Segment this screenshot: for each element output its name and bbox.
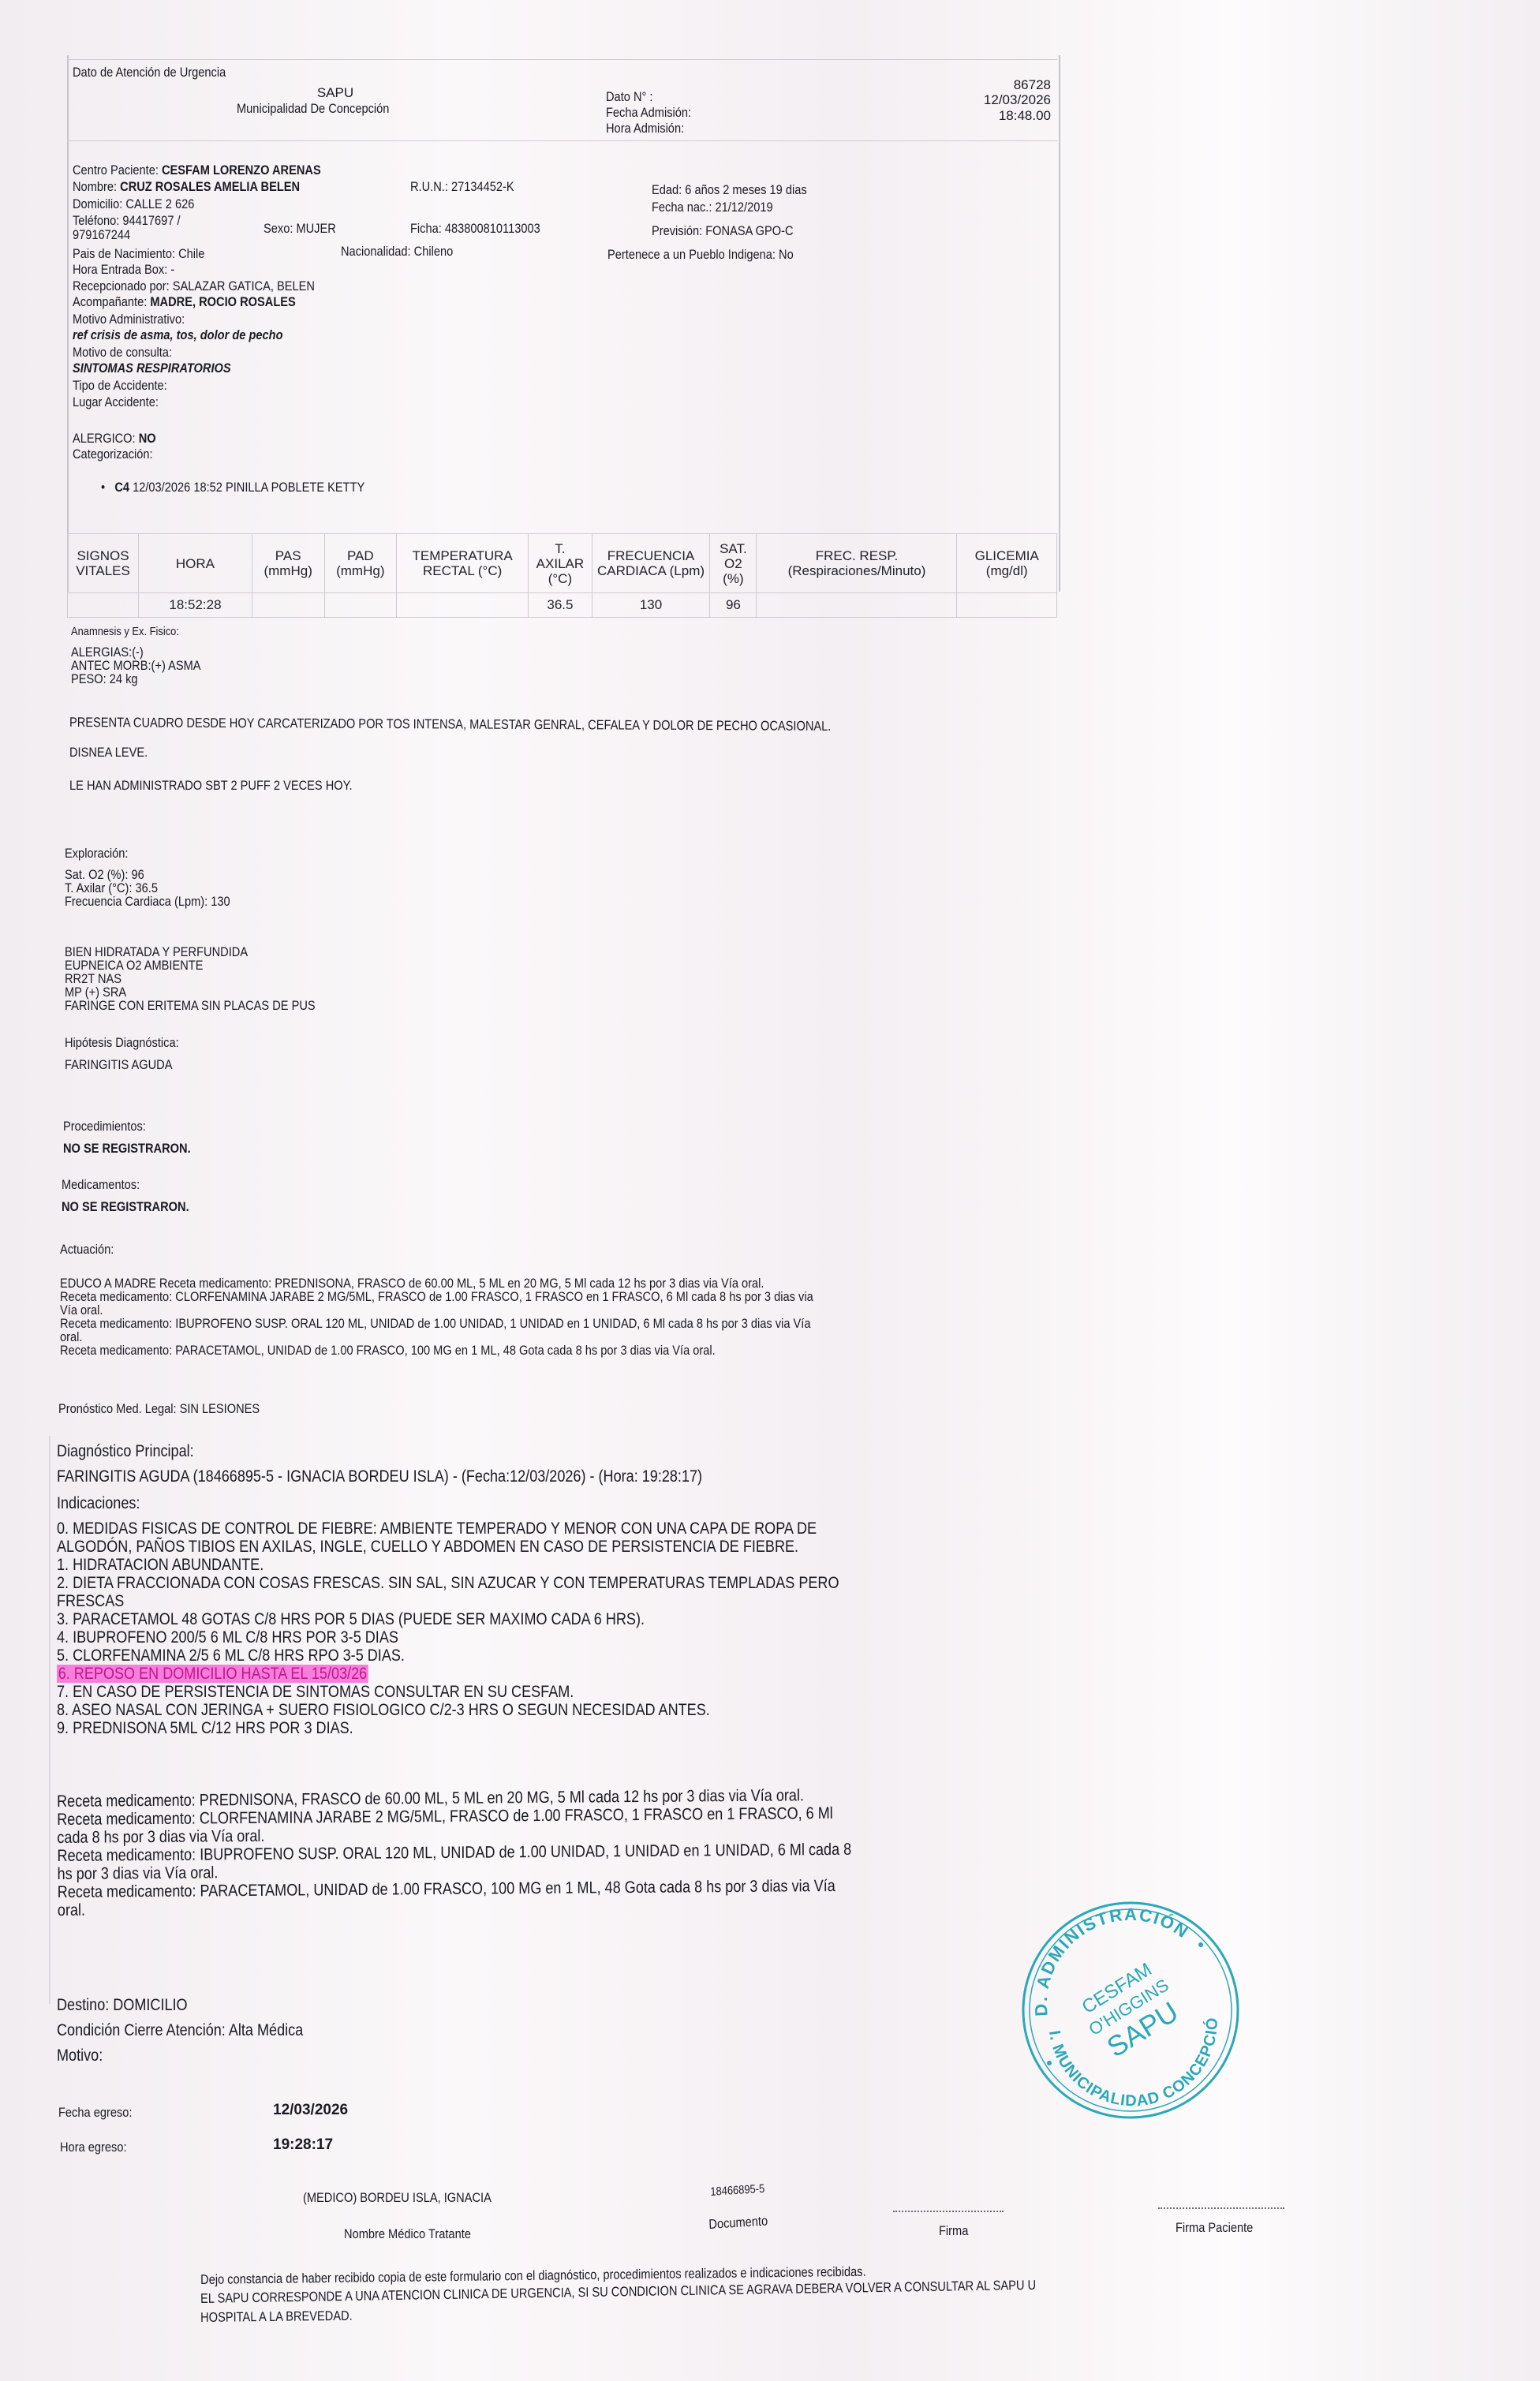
firma-paciente-label: Firma Paciente — [1176, 2220, 1253, 2236]
vitals-value-cell: 36.5 — [529, 593, 592, 618]
motivo-administrativo-label: Motivo Administrativo: — [73, 312, 185, 327]
dato-label: Dato N° : — [606, 89, 652, 105]
patient-prevision: Previsión: FONASA GPO-C — [652, 223, 794, 239]
procedimientos-label: Procedimientos: — [63, 1119, 146, 1134]
indicacion-item: 9. PREDNISONA 5ML C/12 HRS POR 3 DIAS. — [57, 1719, 839, 1737]
anamnesis-disnea: DISNEA LEVE. — [69, 745, 148, 761]
anamnesis-label: Anamnesis y Ex. Fisico: — [71, 625, 179, 638]
indicaciones-list: 0. MEDIDAS FISICAS DE CONTROL DE FIEBRE:… — [57, 1519, 839, 1737]
actuacion-label: Actuación: — [60, 1242, 114, 1258]
vital-signs-value-row: 18:52:28 36.5 130 96 — [68, 593, 1057, 618]
cesfam-stamp: D. ADMINISTRACIÓN I. MUNICIPALIDAD CONCE… — [1018, 1897, 1243, 2122]
vitals-header-cell: FREC. RESP. (Respiraciones/Minuto) — [757, 534, 957, 593]
procedimientos-value: NO SE REGISTRARON. — [63, 1141, 191, 1157]
vitals-header-cell: SIGNOS VITALES — [68, 534, 139, 593]
patient-run: R.U.N.: 27134452-K — [410, 179, 514, 195]
motivo-administrativo-value: ref crisis de asma, tos, dolor de pecho — [73, 327, 283, 343]
actuacion-line: Vía oral. — [60, 1303, 813, 1317]
motivo-consulta-value: SINTOMAS RESPIRATORIOS — [73, 361, 231, 376]
fecha-admision-value: 12/03/2026 — [962, 92, 1051, 108]
anamnesis-presenta: PRESENTA CUADRO DESDE HOY CARCATERIZADO … — [69, 715, 831, 734]
hipotesis-label: Hipótesis Diagnóstica: — [65, 1035, 179, 1051]
document-title: Dato de Atención de Urgencia — [73, 65, 226, 80]
vitals-value-cell — [957, 593, 1057, 618]
documento-value: 18466895-5 — [710, 2182, 765, 2199]
exploracion-findings: BIEN HIDRATADA Y PERFUNDIDA EUPNEICA O2 … — [65, 945, 316, 1012]
indicacion-item: 2. DIETA FRACCIONADA CON COSAS FRESCAS. … — [57, 1574, 839, 1592]
firma-paciente-line — [1158, 2207, 1284, 2209]
vitals-value-cell: 18:52:28 — [139, 593, 252, 618]
anamnesis-line: PESO: 24 kg — [71, 672, 201, 686]
medico-label: Nombre Médico Tratante — [344, 2226, 471, 2242]
exploracion-line: T. Axilar (°C): 36.5 — [65, 881, 230, 895]
actuacion-line: Receta medicamento: IBUPROFENO SUSP. ORA… — [60, 1317, 813, 1330]
patient-address: Domicilio: CALLE 2 626 — [73, 196, 194, 212]
finding-line: BIEN HIDRATADA Y PERFUNDIDA — [65, 945, 316, 959]
patient-phone-2: 979167244 — [73, 227, 130, 243]
finding-line: RR2T NAS — [65, 972, 316, 985]
documento-label: Documento — [708, 2213, 768, 2233]
acompanante: Acompañante: MADRE, ROCIO ROSALES — [73, 294, 296, 310]
patient-name: Nombre: CRUZ ROSALES AMELIA BELEN — [73, 179, 300, 195]
indicacion-item: 7. EN CASO DE PERSISTENCIA DE SINTOMAS C… — [57, 1683, 839, 1701]
hora-entrada-box: Hora Entrada Box: - — [73, 262, 174, 278]
alergico-value: NO — [139, 431, 156, 446]
recetas-list: Receta medicamento: PREDNISONA, FRASCO d… — [57, 1786, 852, 1919]
destino: Destino: DOMICILIO — [57, 1996, 188, 2015]
indicacion-item: 1. HIDRATACION ABUNDANTE. — [57, 1556, 839, 1574]
vitals-value-cell — [397, 593, 529, 618]
finding-line: FARINGE CON ERITEMA SIN PLACAS DE PUS — [65, 999, 316, 1012]
vital-signs-header-row: SIGNOS VITALES HORA PAS (mmHg) PAD (mmHg… — [68, 534, 1057, 593]
divider — [67, 140, 1057, 141]
footer-warning-2: HOSPITAL A LA BREVEDAD. — [200, 2308, 353, 2326]
urgency-care-record: Dato de Atención de Urgencia SAPU Munici… — [0, 0, 1540, 2381]
categorizacion-item: • C4 12/03/2026 18:52 PINILLA POBLETE KE… — [101, 480, 364, 495]
vitals-value-cell — [757, 593, 957, 618]
patient-birthdate: Fecha nac.: 21/12/2019 — [652, 200, 773, 215]
dato-number: 86728 — [962, 77, 1051, 93]
hipotesis-value: FARINGITIS AGUDA — [65, 1057, 172, 1073]
actuacion-line: oral. — [60, 1330, 813, 1344]
indicacion-item: 0. MEDIDAS FISICAS DE CONTROL DE FIEBRE:… — [57, 1519, 839, 1538]
indicacion-item: ALGODÓN, PAÑOS TIBIOS EN AXILAS, INGLE, … — [57, 1538, 839, 1556]
lugar-accidente: Lugar Accidente: — [73, 394, 159, 410]
finding-line: MP (+) SRA — [65, 985, 316, 999]
actuacion-line: EDUCO A MADRE Receta medicamento: PREDNI… — [60, 1276, 813, 1290]
vitals-header-cell: HORA — [139, 534, 252, 593]
anamnesis-administrado: LE HAN ADMINISTRADO SBT 2 PUFF 2 VECES H… — [69, 778, 353, 794]
vitals-header-cell: PAD (mmHg) — [324, 534, 397, 593]
motivo-consulta-label: Motivo de consulta: — [73, 345, 172, 361]
vital-signs-table: SIGNOS VITALES HORA PAS (mmHg) PAD (mmHg… — [67, 533, 1057, 618]
margin-rule — [49, 1436, 50, 2004]
org-subtitle: Municipalidad De Concepción — [237, 101, 389, 117]
divider — [67, 59, 1057, 60]
vitals-value-cell: 96 — [710, 593, 757, 618]
actuacion-lines: EDUCO A MADRE Receta medicamento: PREDNI… — [60, 1276, 813, 1357]
vitals-value-cell — [68, 593, 139, 618]
alergico: ALERGICO: NO — [73, 431, 156, 447]
categorizacion-label: Categorización: — [73, 447, 153, 462]
firma-label: Firma — [939, 2223, 968, 2239]
centro-paciente: Centro Paciente: CESFAM LORENZO ARENAS — [73, 163, 321, 178]
patient-phone: Teléfono: 94417697 / — [73, 213, 181, 229]
exploracion-line: Sat. O2 (%): 96 — [65, 868, 230, 881]
vitals-value-cell — [252, 593, 324, 618]
vitals-header-cell: FRECUENCIA CARDIACA (Lpm) — [592, 534, 710, 593]
vitals-header-cell: PAS (mmHg) — [252, 534, 324, 593]
patient-ficha: Ficha: 483800810113003 — [410, 221, 540, 237]
firma-line — [893, 2211, 1004, 2212]
hora-egreso-value: 19:28:17 — [273, 2136, 333, 2154]
medicamentos-value: NO SE REGISTRARON. — [62, 1199, 189, 1215]
anamnesis-lines: ALERGIAS:(-) ANTEC MORB:(+) ASMA PESO: 2… — [71, 645, 201, 686]
hora-egreso-label: Hora egreso: — [60, 2140, 127, 2155]
indicacion-item: 3. PARACETAMOL 48 GOTAS C/8 HRS POR 5 DI… — [57, 1610, 839, 1628]
patient-nationality: Nacionalidad: Chileno — [341, 244, 453, 260]
fecha-egreso-value: 12/03/2026 — [273, 2102, 348, 2119]
vitals-header-cell: GLICEMIA (mg/dl) — [957, 534, 1057, 593]
diagnostico-value: FARINGITIS AGUDA (18466895-5 - IGNACIA B… — [57, 1467, 702, 1486]
tipo-accidente: Tipo de Accidente: — [73, 378, 167, 394]
exploracion-line: Frecuencia Cardiaca (Lpm): 130 — [65, 895, 230, 908]
actuacion-line: Receta medicamento: PARACETAMOL, UNIDAD … — [60, 1344, 813, 1357]
vitals-header-cell: T. AXILAR (°C) — [529, 534, 592, 593]
indicacion-item: FRESCAS — [57, 1592, 839, 1610]
diagnostico-label: Diagnóstico Principal: — [57, 1442, 194, 1461]
vitals-header-cell: SAT. O2 (%) — [710, 534, 757, 593]
indicacion-item-highlighted: 6. REPOSO EN DOMICILIO HASTA EL 15/03/26 — [57, 1665, 368, 1683]
hora-admision-label: Hora Admisión: — [606, 121, 684, 136]
acompanante-value: MADRE, ROCIO ROSALES — [150, 294, 295, 309]
finding-line: EUPNEICA O2 AMBIENTE — [65, 959, 316, 972]
medico-name: (MEDICO) BORDEU ISLA, IGNACIA — [303, 2190, 492, 2206]
patient-indigenous: Pertenece a un Pueblo Indigena: No — [607, 247, 794, 263]
org-name: SAPU — [316, 85, 355, 101]
indicacion-item: 5. CLORFENAMINA 2/5 6 ML C/8 HRS RPO 3-5… — [57, 1647, 839, 1665]
exploracion-label: Exploración: — [65, 846, 128, 862]
centro-paciente-value: CESFAM LORENZO ARENAS — [162, 163, 321, 178]
vitals-value-cell — [324, 593, 397, 618]
patient-sex: Sexo: MUJER — [264, 221, 336, 237]
pronostico: Pronóstico Med. Legal: SIN LESIONES — [58, 1401, 260, 1417]
motivo-cierre: Motivo: — [57, 2046, 103, 2065]
patient-name-value: CRUZ ROSALES AMELIA BELEN — [120, 179, 300, 194]
bullet-icon: • — [101, 480, 111, 495]
indicacion-item: 4. IBUPROFENO 200/5 6 ML C/8 HRS POR 3-5… — [57, 1628, 839, 1647]
fecha-egreso-label: Fecha egreso: — [58, 2105, 132, 2121]
condicion-cierre: Condición Cierre Atención: Alta Médica — [57, 2021, 303, 2040]
vitals-header-cell: TEMPERATURA RECTAL (°C) — [397, 534, 529, 593]
patient-birth-country: Pais de Nacimiento: Chile — [73, 246, 204, 262]
recepcionado-por: Recepcionado por: SALAZAR GATICA, BELEN — [73, 278, 315, 294]
anamnesis-line: ALERGIAS:(-) — [71, 645, 201, 659]
anamnesis-line: ANTEC MORB:(+) ASMA — [71, 659, 201, 672]
exploracion-vitals: Sat. O2 (%): 96 T. Axilar (°C): 36.5 Fre… — [65, 868, 230, 908]
hora-admision-value: 18:48.00 — [962, 108, 1051, 124]
indicacion-item: 8. ASEO NASAL CON JERINGA + SUERO FISIOL… — [57, 1701, 839, 1719]
form-frame — [67, 55, 1060, 592]
actuacion-line: Receta medicamento: CLORFENAMINA JARABE … — [60, 1290, 813, 1303]
fecha-admision-label: Fecha Admisión: — [606, 105, 691, 121]
medicamentos-label: Medicamentos: — [62, 1177, 140, 1193]
indicaciones-label: Indicaciones: — [57, 1494, 140, 1513]
patient-age: Edad: 6 años 2 meses 19 dias — [652, 182, 807, 198]
vitals-value-cell: 130 — [592, 593, 710, 618]
